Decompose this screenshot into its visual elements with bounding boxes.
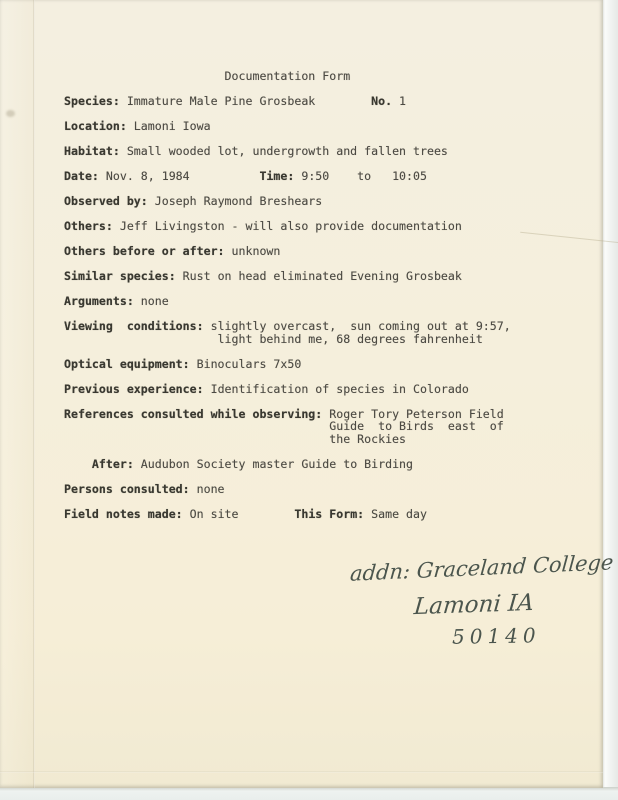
field-text: Jeff Livingston - will also provide docu… xyxy=(113,219,462,233)
document-line: Persons consulted: none xyxy=(64,483,511,496)
document-line: Documentation Form xyxy=(64,70,511,83)
handwritten-line-city: Lamoni IA xyxy=(413,590,535,620)
handwritten-line-zip: 50140 xyxy=(452,623,541,649)
field-label: Similar species: xyxy=(64,269,176,283)
field-label: Observed by: xyxy=(64,194,148,208)
field-label: Optical equipment: xyxy=(64,357,190,371)
field-text: Same day xyxy=(364,507,427,521)
scanned-paper: Documentation Form Species: Immature Mal… xyxy=(0,0,603,788)
field-label: Others before or after: xyxy=(64,244,225,258)
field-text: Documentation Form xyxy=(64,69,350,83)
field-text: light behind me, 68 degrees fahrenheit xyxy=(64,332,483,346)
document-line: Similar species: Rust on head eliminated… xyxy=(64,270,511,283)
field-label: After: xyxy=(92,457,134,471)
document-line: Others: Jeff Livingston - will also prov… xyxy=(64,220,511,233)
document-line: Location: Lamoni Iowa xyxy=(64,120,511,133)
document-line: the Rockies xyxy=(64,433,511,446)
document-line: Optical equipment: Binoculars 7x50 xyxy=(64,358,511,371)
handwritten-line-address: addn: Graceland College xyxy=(349,550,614,586)
field-text: none xyxy=(134,294,169,308)
paper-smudge xyxy=(6,110,15,117)
document-line: light behind me, 68 degrees fahrenheit xyxy=(64,333,511,346)
vertical-fold-crease xyxy=(33,0,35,788)
field-label: This Form: xyxy=(294,507,364,521)
field-label: Habitat: xyxy=(64,144,120,158)
field-text: none xyxy=(190,482,225,496)
document-line: Habitat: Small wooded lot, undergrowth a… xyxy=(64,145,511,158)
field-text: Nov. 8, 1984 xyxy=(99,169,260,183)
field-text: On site xyxy=(183,507,295,521)
field-label: Species: xyxy=(64,94,120,108)
field-label: Time: xyxy=(259,169,294,183)
field-text: Identification of species in Colorado xyxy=(204,382,469,396)
field-text: Joseph Raymond Breshears xyxy=(148,194,323,208)
field-text: 9:50 to 10:05 xyxy=(294,169,427,183)
horizontal-fold-crease xyxy=(0,771,603,773)
field-text: 1 xyxy=(392,94,406,108)
field-label: Others: xyxy=(64,219,113,233)
document-line: Date: Nov. 8, 1984 Time: 9:50 to 10:05 xyxy=(64,170,511,183)
document-line: Previous experience: Identification of s… xyxy=(64,383,511,396)
field-text: Lamoni Iowa xyxy=(127,119,211,133)
field-text: Rust on head eliminated Evening Grosbeak xyxy=(176,269,462,283)
scanner-background-right xyxy=(602,0,618,800)
fold-shading xyxy=(0,0,33,788)
field-text: Immature Male Pine Grosbeak xyxy=(120,94,371,108)
scanner-background-bottom xyxy=(0,787,618,800)
field-text: Small wooded lot, undergrowth and fallen… xyxy=(120,144,448,158)
document-line: Observed by: Joseph Raymond Breshears xyxy=(64,195,511,208)
document-line: After: Audubon Society master Guide to B… xyxy=(64,458,511,471)
field-label: Field notes made: xyxy=(64,507,183,521)
field-label: Persons consulted: xyxy=(64,482,190,496)
field-label: Location: xyxy=(64,119,127,133)
field-label: Previous experience: xyxy=(64,382,204,396)
field-text: unknown xyxy=(225,244,281,258)
document-line: Arguments: none xyxy=(64,295,511,308)
typed-document: Documentation Form Species: Immature Mal… xyxy=(64,70,511,520)
document-line: Species: Immature Male Pine Grosbeak No.… xyxy=(64,95,511,108)
field-text: the Rockies xyxy=(64,432,406,446)
document-line: Others before or after: unknown xyxy=(64,245,511,258)
field-label: No. xyxy=(371,94,392,108)
document-line: Field notes made: On site This Form: Sam… xyxy=(64,508,511,521)
field-text: Audubon Society master Guide to Birding xyxy=(134,457,413,471)
field-text: Binoculars 7x50 xyxy=(190,357,302,371)
field-label: Arguments: xyxy=(64,294,134,308)
field-label: Date: xyxy=(64,169,99,183)
